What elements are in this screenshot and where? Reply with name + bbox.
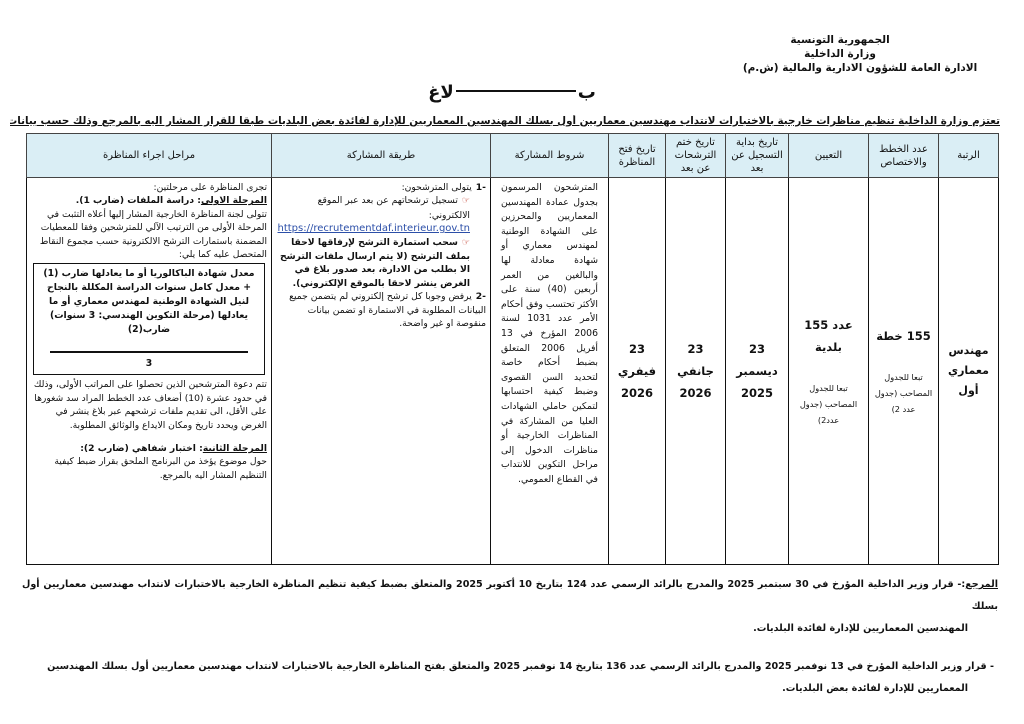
- header-grade: الرتبة: [939, 134, 999, 178]
- reference-2-line-1: - قرار وزير الداخلية المؤرخ في 13 نوفمبر…: [22, 656, 998, 678]
- assignment-count: عدد 155 بلدية: [793, 314, 864, 358]
- registration-link[interactable]: https://recrutementdaf.interieur.gov.tn: [276, 222, 470, 235]
- title-kashida: [456, 90, 576, 92]
- cell-reg-end: 23 جانفي 2026: [666, 178, 726, 565]
- item-number: -1: [476, 182, 486, 193]
- table-row: مهندس معماري أول 155 خطة تبعا للجدول الم…: [27, 178, 999, 565]
- method-bullet-1: ☞تسجيل ترشحاتهم عن بعد عبر الموقع الالكت…: [276, 194, 486, 235]
- formula-divisor: 3: [40, 357, 258, 371]
- method-item-2-text: يرفض وجوبا كل ترشح إلكتروني لم يتضمن جمي…: [289, 291, 486, 329]
- cell-stages: تجرى المناظرة على مرحلتين: المرحلة الاول…: [27, 178, 272, 565]
- cell-conditions: المترشحون المرسمون بجدول عمادة المهندسين…: [491, 178, 609, 565]
- ministry-name: وزارة الداخلية: [720, 47, 960, 61]
- competition-table: الرتبة عدد الخطط والاختصاص التعيين تاريخ…: [26, 133, 999, 565]
- stage-2-label: المرحلة الثانية: [203, 443, 267, 454]
- title-suffix: لاغ: [428, 82, 454, 103]
- hand-pointer-icon: ☞: [462, 196, 470, 206]
- stage-2-text: حول موضوع يؤخذ من البرنامج الملحق بقرار …: [31, 455, 267, 482]
- header-reg-end: تاريخ ختم الترشحات عن بعد: [666, 134, 726, 178]
- header-assignment: التعيين: [789, 134, 869, 178]
- reference-1-line-2: المهندسين المعماريين للإدارة لفائدة البل…: [22, 618, 998, 640]
- references: المرجع:- قرار وزير الداخلية المؤرخ في 30…: [22, 574, 998, 700]
- shortlist-text: تتم دعوة المترشحين الذين تحصلوا على المر…: [31, 378, 267, 432]
- stage-2-heading: المرحلة الثانية: اختبار شفاهي (ضارب 2):: [31, 442, 267, 455]
- references-label: المرجع: [965, 579, 998, 590]
- formula-numerator: معدل شهادة الباكالوريا أو ما يعادلها ضار…: [40, 267, 258, 337]
- department-name: الادارة العامة للشؤون الادارية والمالية …: [720, 61, 1000, 75]
- stage-1-heading: المرحلة الاولى: دراسة الملفات (ضارب 1).: [31, 194, 267, 207]
- reference-1-line-1: المرجع:- قرار وزير الداخلية المؤرخ في 30…: [22, 574, 998, 618]
- assignment-note: تبعا للجدول المصاحب (جدول عدد2): [793, 380, 864, 428]
- cell-method: -1يتولى المترشحون: ☞تسجيل ترشحاتهم عن بع…: [272, 178, 491, 565]
- cell-assignment: عدد 155 بلدية تبعا للجدول المصاحب (جدول …: [789, 178, 869, 565]
- exam-day: 23 فيفري: [613, 338, 661, 382]
- header-reg-start: تاريخ بداية التسجيل عن بعد: [726, 134, 789, 178]
- bullet-2-text: سحب استمارة الترشح لإرفاقها لاحقا بملف ا…: [280, 237, 470, 289]
- fraction-bar: [50, 351, 248, 353]
- method-item-1-text: يتولى المترشحون:: [402, 182, 472, 193]
- stage-1-title: : دراسة الملفات (ضارب 1).: [76, 195, 201, 206]
- reference-1-text: :- قرار وزير الداخلية المؤرخ في 30 سبتمب…: [22, 579, 998, 612]
- method-item-1: -1يتولى المترشحون:: [276, 181, 486, 194]
- header-conditions: شروط المشاركة: [491, 134, 609, 178]
- grade-value: مهندس معماري أول: [943, 341, 994, 401]
- cell-plans: 155 خطة تبعا للجدول المصاحب (جدول عدد 2): [869, 178, 939, 565]
- republic-name: الجمهورية التونسية: [720, 33, 960, 47]
- method-bullet-2: ☞سحب استمارة الترشح لإرفاقها لاحقا بملف …: [276, 236, 486, 291]
- table-header-row: الرتبة عدد الخطط والاختصاص التعيين تاريخ…: [27, 134, 999, 178]
- reg-end-year: 2026: [670, 382, 721, 404]
- method-item-2: -2يرفض وجوبا كل ترشح إلكتروني لم يتضمن ج…: [276, 290, 486, 330]
- reg-start-day: 23 ديسمبر: [730, 338, 784, 382]
- stages-intro: تجرى المناظرة على مرحلتين:: [31, 181, 267, 194]
- letterhead: الجمهورية التونسية وزارة الداخلية الادار…: [720, 33, 960, 75]
- stage-2-title: : اختبار شفاهي (ضارب 2):: [80, 443, 203, 454]
- scoring-formula: معدل شهادة الباكالوريا أو ما يعادلها ضار…: [33, 263, 265, 375]
- hand-pointer-icon: ☞: [462, 238, 470, 248]
- header-stages: مراحل اجراء المناظرة: [27, 134, 272, 178]
- cell-exam-date: 23 فيفري 2026: [609, 178, 666, 565]
- intro-paragraph: تعتزم وزارة الداخلية تنظيم مناظرات خارجي…: [10, 115, 1000, 127]
- conditions-text: المترشحون المرسمون بجدول عمادة المهندسين…: [495, 181, 604, 487]
- item-number: -2: [476, 291, 486, 302]
- reference-2-line-2: المعماريين للإدارة لفائدة بعض البلديات.: [22, 678, 998, 700]
- reg-start-year: 2025: [730, 382, 784, 404]
- header-exam-date: تاريخ فتح المناظرة: [609, 134, 666, 178]
- exam-year: 2026: [613, 382, 661, 404]
- reg-end-day: 23 جانفي: [670, 338, 721, 382]
- header-method: طريقة المشاركة: [272, 134, 491, 178]
- cell-grade: مهندس معماري أول: [939, 178, 999, 565]
- bullet-1-text: تسجيل ترشحاتهم عن بعد عبر الموقع الالكتر…: [318, 195, 470, 220]
- stage-1-label: المرحلة الاولى: [201, 195, 267, 206]
- plans-count: 155 خطة: [873, 325, 934, 347]
- header-plans: عدد الخطط والاختصاص: [869, 134, 939, 178]
- plans-note: تبعا للجدول المصاحب (جدول عدد 2): [873, 369, 934, 417]
- stage-1-text: تتولى لجنة المناظرة الخارجية المشار إليه…: [31, 208, 267, 262]
- title-prefix: ب: [578, 82, 596, 103]
- cell-reg-start: 23 ديسمبر 2025: [726, 178, 789, 565]
- page-title: بلاغ: [0, 82, 1024, 103]
